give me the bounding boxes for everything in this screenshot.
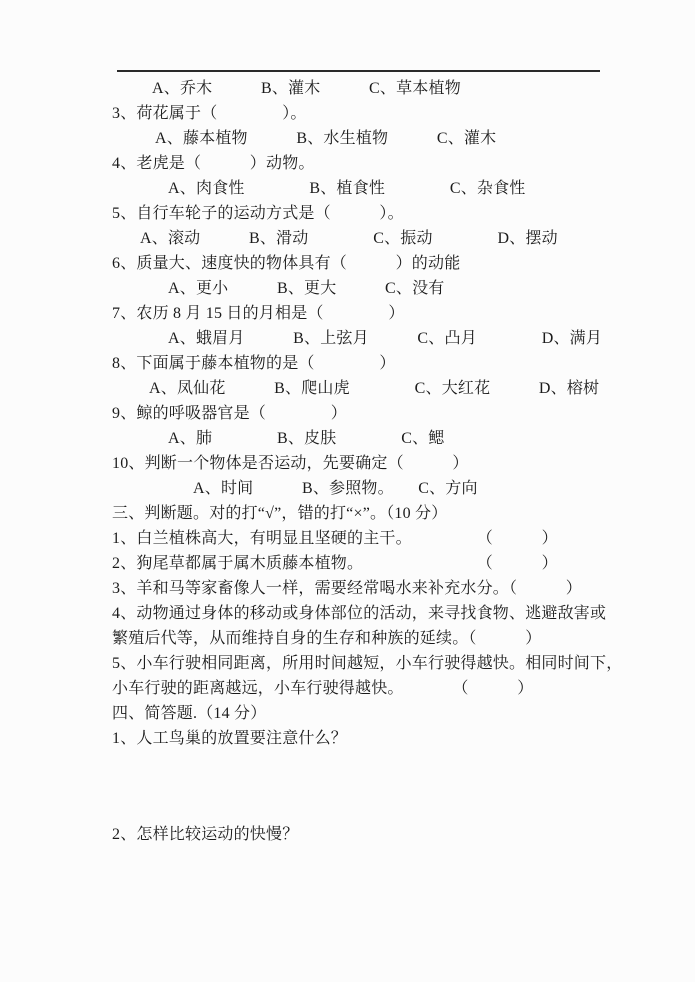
options-row-q9: A、肺 B、皮肤 C、鳃 <box>112 426 605 451</box>
judge-item-5-line2: 小车行驶的距离越远，小车行驶得越快。 （ ） <box>112 676 605 701</box>
judge-item-4-line2: 繁殖后代等，从而维持自身的生存和种族的延续。（ ） <box>112 626 605 651</box>
judge-item-1: 1、白兰植株高大，有明显且坚硬的主干。 （ ） <box>112 526 605 551</box>
short-answer-question-1: 1、人工鸟巢的放置要注意什么？ <box>112 726 605 751</box>
question-7: 7、农历 8 月 15 日的月相是（ ） <box>112 301 605 326</box>
question-10: 10、判断一个物体是否运动，先要确定（ ） <box>112 451 605 476</box>
question-3: 3、荷花属于（ ）。 <box>112 101 605 126</box>
question-8: 8、下面属于藤本植物的是（ ） <box>112 351 605 376</box>
question-6: 6、质量大、速度快的物体具有（ ）的动能 <box>112 251 605 276</box>
exam-content: A、乔木 B、灌木 C、草本植物 3、荷花属于（ ）。 A、藤本植物 B、水生植… <box>0 72 695 847</box>
question-5: 5、自行车轮子的运动方式是（ ）。 <box>112 201 605 226</box>
exam-page: A、乔木 B、灌木 C、草本植物 3、荷花属于（ ）。 A、藤本植物 B、水生植… <box>0 0 695 982</box>
options-row-q10: A、时间 B、参照物。 C、方向 <box>112 476 605 501</box>
judge-item-2: 2、狗尾草都属于属木质藤本植物。 （ ） <box>112 551 605 576</box>
question-9: 9、鲸的呼吸器官是（ ） <box>112 401 605 426</box>
judge-item-3: 3、羊和马等家畜像人一样，需要经常喝水来补充水分。（ ） <box>112 576 605 601</box>
options-row-q6: A、更小 B、更大 C、没有 <box>112 276 605 301</box>
question-4: 4、老虎是（ ）动物。 <box>112 151 605 176</box>
short-answer-question-2: 2、怎样比较运动的快慢？ <box>112 822 605 847</box>
judge-item-4-line1: 4、动物通过身体的移动或身体部位的活动，来寻找食物、逃避敌害或 <box>112 601 605 626</box>
options-row-q7: A、蛾眉月 B、上弦月 C、凸月 D、满月 <box>112 326 605 351</box>
options-row-q2: A、乔木 B、灌木 C、草本植物 <box>112 76 605 101</box>
options-row-q4: A、肉食性 B、植食性 C、杂食性 <box>112 176 605 201</box>
options-row-q5: A、滚动 B、滑动 C、振动 D、摆动 <box>112 226 605 251</box>
judge-item-5-line1: 5、小车行驶相同距离，所用时间越短，小车行驶得越快。相同时间下， <box>112 651 605 676</box>
answer-blank-space <box>112 751 605 822</box>
short-answer-heading: 四、简答题.（14 分） <box>112 701 605 726</box>
options-row-q8: A、凤仙花 B、爬山虎 C、大红花 D、榕树 <box>112 376 605 401</box>
judge-section-heading: 三、判断题。对的打“√”，错的打“×”。（10 分） <box>112 501 605 526</box>
options-row-q3: A、藤本植物 B、水生植物 C、灌木 <box>112 126 605 151</box>
